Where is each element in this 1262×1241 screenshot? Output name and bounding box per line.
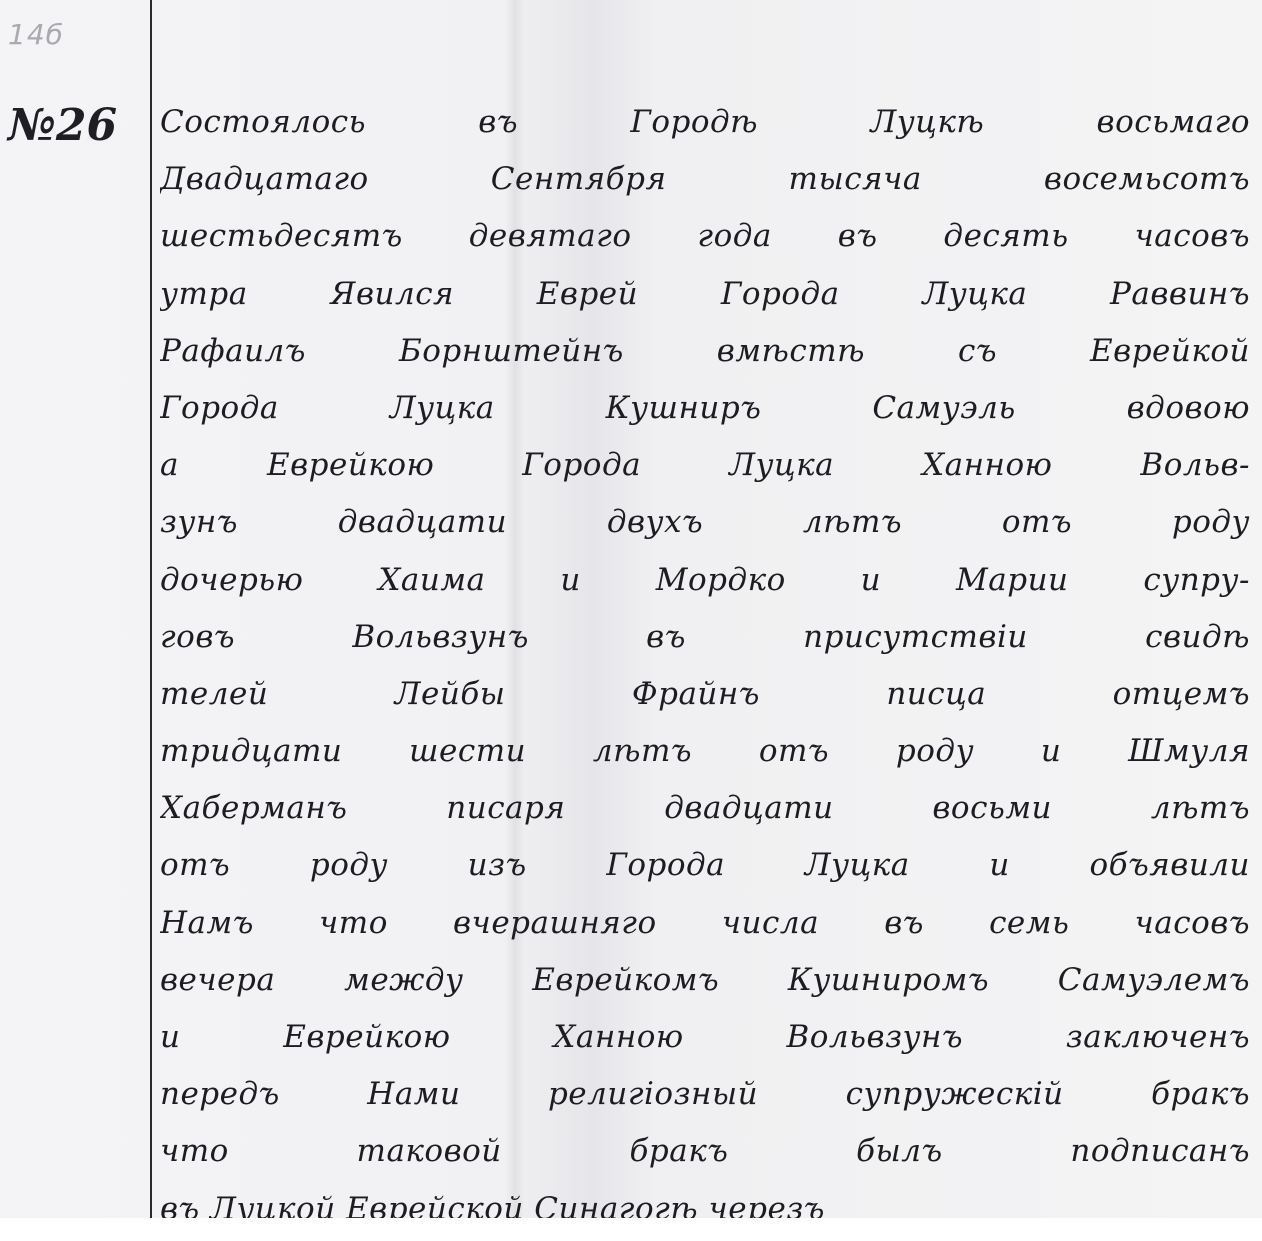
text-line: и Еврейкою Ханною Вольвзунъ заключенъ — [160, 1009, 1250, 1066]
text-line: шестьдесятъ девятаго года въ десять часо… — [160, 208, 1250, 265]
record-text: Состоялось въ Городѣ Луцкѣ восьмаго Двад… — [160, 94, 1250, 1238]
text-line: Рафаилъ Борнштейнъ вмѣстѣ съ Еврейкой — [160, 323, 1250, 380]
text-line: тридцати шести лѣтъ отъ роду и Шмуля — [160, 723, 1250, 780]
margin-rule — [150, 0, 152, 1218]
text-line: отъ роду изъ Города Луцка и объявили — [160, 837, 1250, 894]
text-line: телей Лейбы Фрайнъ писца отцемъ — [160, 666, 1250, 723]
entry-number: №26 — [8, 100, 117, 151]
folio-number: 14б — [8, 18, 64, 51]
text-line: Двадцатаго Сентября тысяча восемьсотъ — [160, 151, 1250, 208]
text-line: а Еврейкою Города Луцка Ханною Вольв- — [160, 437, 1250, 494]
text-line: Хаберманъ писаря двадцати восьми лѣтъ — [160, 780, 1250, 837]
text-line: говъ Вольвзунъ въ присутствіи свидѣ — [160, 609, 1250, 666]
text-line: утра Явился Еврей Города Луцка Раввинъ — [160, 266, 1250, 323]
text-line: вечера между Еврейкомъ Кушниромъ Самуэле… — [160, 952, 1250, 1009]
text-line: Состоялось въ Городѣ Луцкѣ восьмаго — [160, 94, 1250, 151]
text-line: Намъ что вчерашняго числа въ семь часовъ — [160, 895, 1250, 952]
text-line: что таковой бракъ былъ подписанъ — [160, 1123, 1250, 1180]
text-line: Города Луцка Кушниръ Самуэль вдовою — [160, 380, 1250, 437]
text-line: передъ Нами религіозный супружескій брак… — [160, 1066, 1250, 1123]
text-line: дочерью Хаима и Мордко и Марии супру- — [160, 552, 1250, 609]
document-page: 14б №26 Состоялось въ Городѣ Луцкѣ восьм… — [0, 0, 1262, 1218]
scan-bottom-edge — [0, 1218, 1262, 1241]
text-line: зунъ двадцати двухъ лѣтъ отъ роду — [160, 494, 1250, 551]
